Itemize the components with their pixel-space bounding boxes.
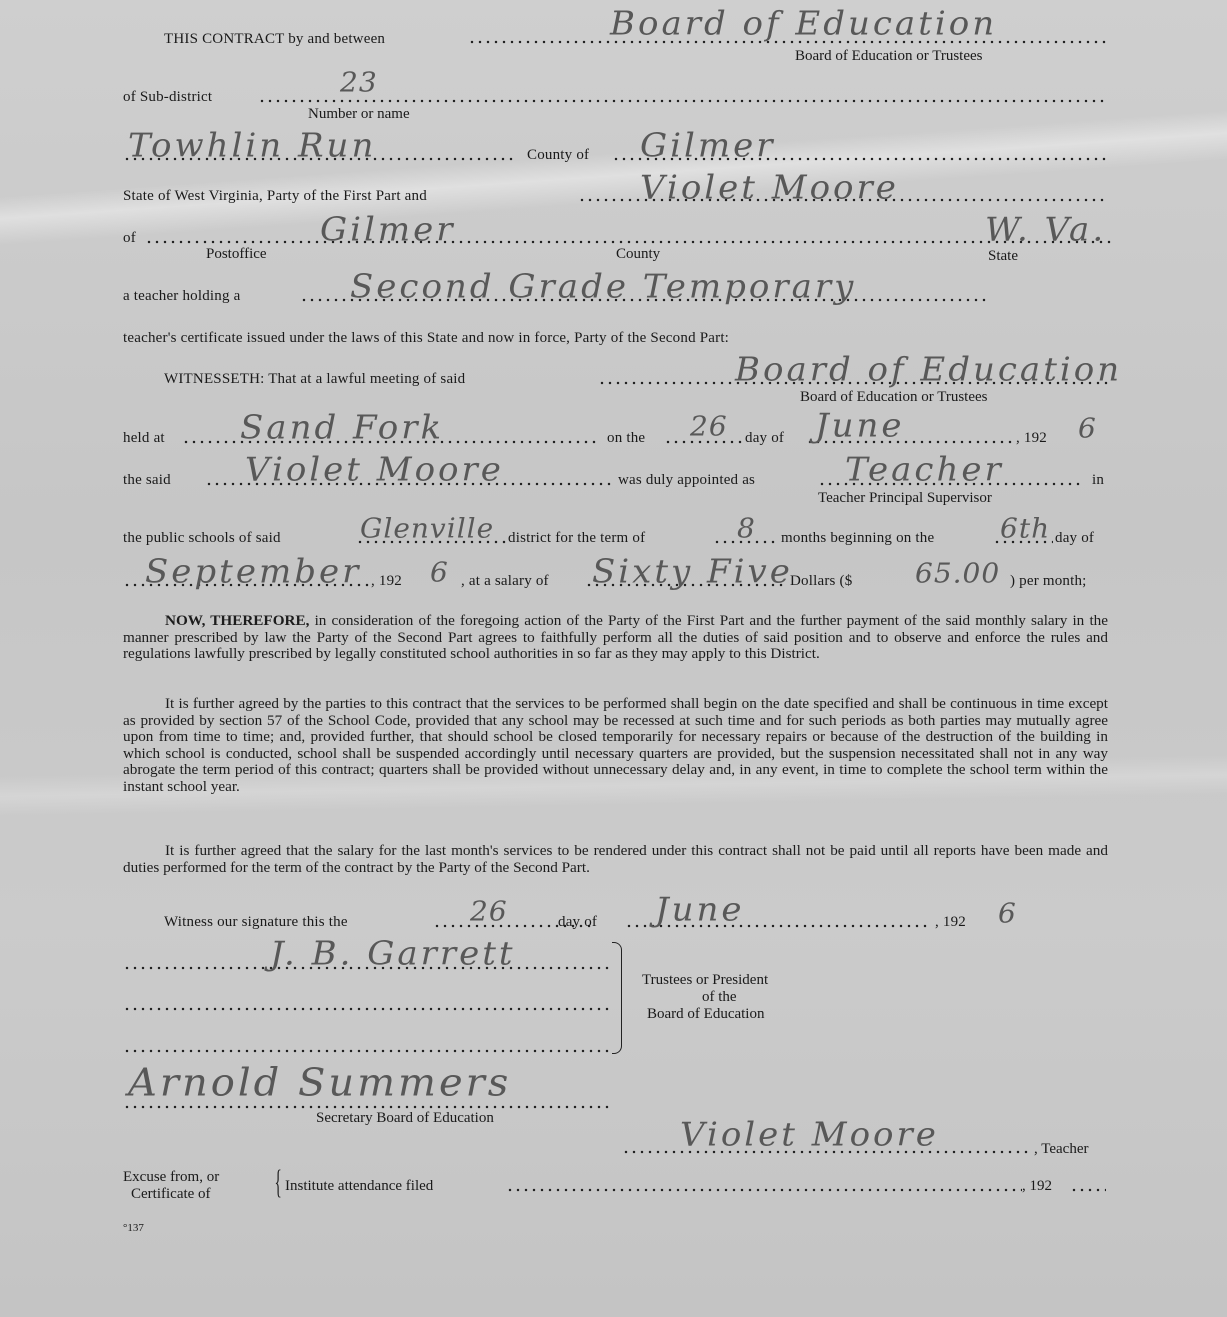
- position-value: Teacher: [845, 451, 1004, 489]
- the-said-label: the said: [123, 472, 171, 489]
- state-value: W. Va.: [985, 211, 1106, 249]
- public-schools-label: the public schools of said: [123, 530, 281, 547]
- meeting-day-value: 26: [690, 411, 728, 442]
- trustees-caption-line1: Trustees or President: [642, 972, 768, 989]
- months-beginning-label: months beginning on the: [781, 530, 934, 547]
- county-value: Gilmer: [640, 127, 776, 165]
- teacher-caption: , Teacher: [1034, 1141, 1088, 1158]
- begin-year-prefix: , 192: [371, 573, 402, 590]
- excuse-label-line2: Certificate of: [131, 1186, 211, 1203]
- subdistrict-name-value: Towhlin Run: [128, 127, 376, 165]
- trustees-caption-line2: of the: [702, 989, 737, 1006]
- continuity-paragraph: It is further agreed by the parties to t…: [123, 696, 1108, 796]
- witness-year-prefix: , 192: [935, 914, 966, 931]
- paragraph-lead: NOW, THEREFORE,: [165, 612, 309, 629]
- secretary-signature-line[interactable]: [123, 1105, 613, 1109]
- postoffice-value: Gilmer: [320, 211, 456, 249]
- term-months-value: 8: [737, 513, 756, 544]
- institute-year-dotted-line[interactable]: [1070, 1188, 1106, 1192]
- institute-dotted-line[interactable]: [506, 1188, 1022, 1192]
- first-party-label: State of West Virginia, Party of the Fir…: [123, 188, 427, 205]
- contract-between-label: THIS CONTRACT by and between: [164, 31, 385, 48]
- dollars-label: Dollars ($: [790, 573, 852, 590]
- salary-words-value: Sixty Five: [592, 553, 793, 591]
- trustee-signature-line-3[interactable]: [123, 1049, 613, 1053]
- meeting-year-value: 6: [1078, 413, 1097, 444]
- trustee-signature-1: J. B. Garrett: [270, 935, 516, 973]
- appointed-as-label: was duly appointed as: [618, 472, 755, 489]
- per-month-label: ) per month;: [1010, 573, 1087, 590]
- appointee-name-value: Violet Moore: [245, 451, 504, 489]
- on-the-label: on the: [607, 430, 645, 447]
- now-therefore-paragraph: NOW, THEREFORE, in consideration of the …: [123, 613, 1108, 663]
- meeting-body-value: Board of Education: [735, 351, 1122, 389]
- secretary-signature: Arnold Summers: [128, 1061, 511, 1105]
- held-at-value: Sand Fork: [240, 409, 444, 447]
- subdistrict-caption: Number or name: [308, 106, 410, 123]
- district-value: Glenville: [360, 513, 494, 544]
- begin-month-value: September: [145, 553, 361, 591]
- trustee-signature-line-2[interactable]: [123, 1007, 613, 1011]
- board-caption: Board of Education or Trustees: [795, 48, 982, 65]
- witness-month-value: June: [655, 891, 745, 929]
- county-caption: County: [616, 246, 660, 263]
- address-dotted-line: [145, 240, 1115, 244]
- subdistrict-dotted-line: [258, 99, 1108, 103]
- form-number: °137: [123, 1222, 144, 1234]
- certificate-type-value: Second Grade Temporary: [350, 268, 856, 306]
- salary-label: , at a salary of: [461, 573, 549, 590]
- institute-label: Institute attendance filed: [285, 1178, 433, 1195]
- subdistrict-label: of Sub-district: [123, 89, 212, 106]
- meeting-month-value: June: [815, 407, 905, 445]
- teacher-signature: Violet Moore: [680, 1116, 939, 1154]
- witness-dayof-label: day of: [558, 914, 597, 931]
- witness-signature-label: Witness our signature this the: [164, 914, 348, 931]
- board-handwritten-value: Board of Education: [610, 5, 997, 43]
- paragraph-text: It is further agreed by the parties to t…: [123, 695, 1108, 795]
- second-party-name-value: Violet Moore: [640, 169, 899, 207]
- trustees-brace: [612, 942, 622, 1054]
- postoffice-caption: Postoffice: [206, 246, 267, 263]
- certificate-label: a teacher holding a: [123, 288, 241, 305]
- day-of-label: day of: [745, 430, 784, 447]
- trustees-caption-line3: Board of Education: [647, 1006, 764, 1023]
- paragraph-text: It is further agreed that the salary for…: [123, 842, 1108, 876]
- held-at-label: held at: [123, 430, 165, 447]
- begin-year-value: 6: [430, 557, 449, 588]
- county-of-label: County of: [527, 147, 589, 164]
- begin-day-value: 6th: [1000, 513, 1050, 544]
- final-salary-paragraph: It is further agreed that the salary for…: [123, 843, 1108, 876]
- state-caption: State: [988, 248, 1018, 265]
- witness-year-value: 6: [998, 898, 1017, 929]
- district-term-label: district for the term of: [508, 530, 645, 547]
- excuse-label-line1: Excuse from, or: [123, 1169, 219, 1186]
- witnesseth-label: WITNESSETH: That at a lawful meeting of …: [164, 371, 465, 388]
- institute-year-prefix: , 192: [1022, 1178, 1052, 1195]
- in-label: in: [1092, 472, 1104, 489]
- witness-day-value: 26: [470, 896, 508, 927]
- salary-amount-value: 65.00: [915, 558, 1000, 589]
- of-label: of: [123, 230, 136, 247]
- meeting-year-prefix: , 192: [1016, 430, 1047, 447]
- excuse-brace-icon: {: [274, 1166, 281, 1200]
- day-of-label-2: day of: [1055, 530, 1094, 547]
- position-caption: Teacher Principal Supervisor: [818, 490, 992, 507]
- meeting-body-caption: Board of Education or Trustees: [800, 389, 987, 406]
- certificate-statement: teacher's certificate issued under the l…: [123, 330, 729, 347]
- secretary-caption: Secretary Board of Education: [316, 1110, 494, 1127]
- subdistrict-number-value: 23: [340, 67, 378, 98]
